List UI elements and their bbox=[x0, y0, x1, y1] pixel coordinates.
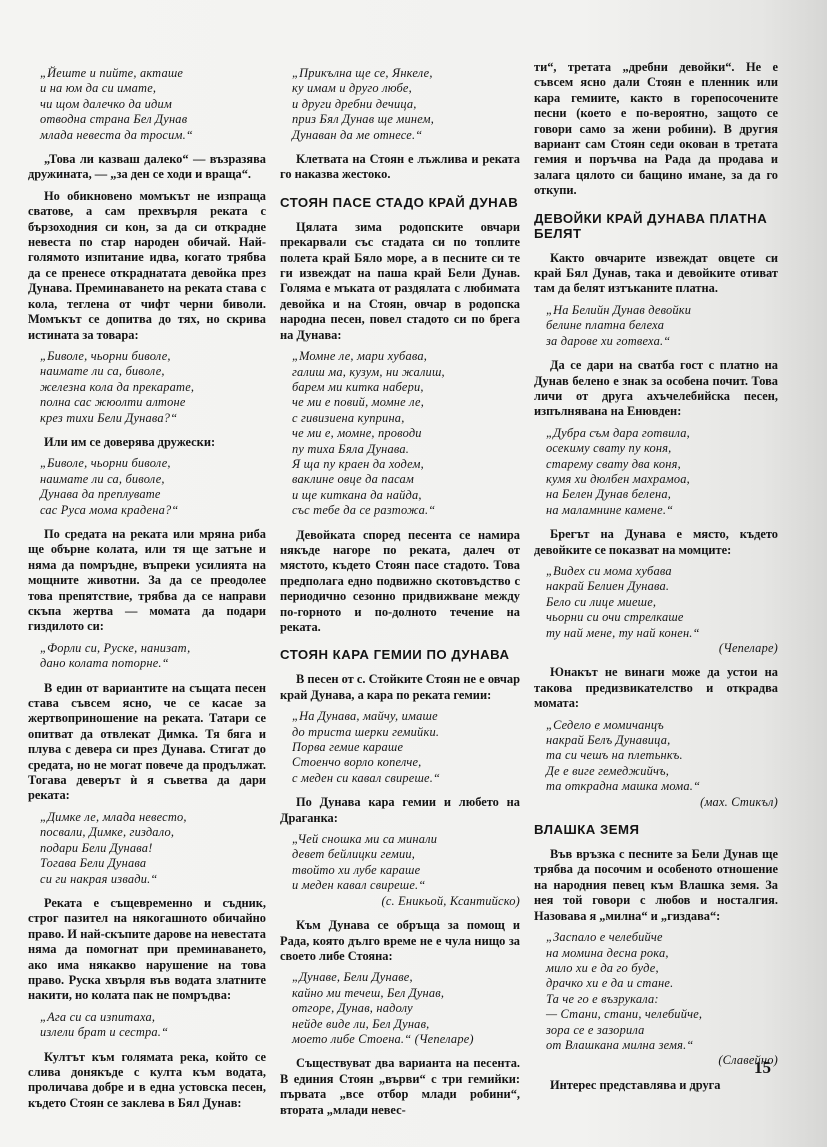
paragraph: В песен от с. Стойките Стоян не е овчар … bbox=[280, 672, 520, 703]
verse-line: на маламнине камене.“ bbox=[546, 503, 778, 518]
song-verse: „Форли си, Руске, нанизат,дано колата по… bbox=[28, 641, 266, 672]
verse-line: на Белен Дунав белена, bbox=[546, 487, 778, 502]
verse-line: приз Бял Дунав ще минем, bbox=[292, 112, 520, 127]
verse-line: за дарове хи готвеха.“ bbox=[546, 334, 778, 349]
verse-line: „Димке ле, млада невесто, bbox=[40, 810, 266, 825]
paragraph: Юнакът не винаги може да устои на такова… bbox=[534, 665, 778, 711]
verse-line: крез тихи Бели Дунава?“ bbox=[40, 411, 266, 426]
verse-line: „Видех си мома хубава bbox=[546, 564, 778, 579]
song-verse: „Видех си мома хубаванакрай Белиен Дунав… bbox=[534, 564, 778, 656]
text-column-1: „Йеште и пийте, акташеи на юм да си имат… bbox=[28, 60, 266, 1117]
paragraph: Съществуват два варианта на песента. В е… bbox=[280, 1056, 520, 1118]
verse-line: наимате ли са, биволе, bbox=[40, 364, 266, 379]
verse-line: „Момне ле, мари хубава, bbox=[292, 349, 520, 364]
song-verse: „Дунаве, Бели Дунаве,кайно ми течеш, Бел… bbox=[280, 970, 520, 1047]
verse-line: „Заспало е челебийче bbox=[546, 930, 778, 945]
paragraph: Да се дари на сватба гост с платно на Ду… bbox=[534, 358, 778, 420]
verse-line: „Йеште и пийте, акташе bbox=[40, 66, 266, 81]
verse-line: сас Руса мома крадена?“ bbox=[40, 503, 266, 518]
verse-line: Дунаван да ме отнесе.“ bbox=[292, 128, 520, 143]
verse-line: „Биволе, чьорни биволе, bbox=[40, 349, 266, 364]
verse-line: накрай Белъ Дунавица, bbox=[546, 733, 778, 748]
song-verse: „Дубра съм дара готвила,осекиму свату пу… bbox=[534, 426, 778, 518]
verse-line: твойто хи лубе караше bbox=[292, 863, 520, 878]
paragraph: Реката е същевременно и съдник, строг па… bbox=[28, 896, 266, 1004]
verse-line: Тогава Бели Дунава bbox=[40, 856, 266, 871]
verse-source: (Славейно) bbox=[546, 1053, 778, 1068]
verse-line: Бело си лице миеше, bbox=[546, 595, 778, 610]
verse-line: със тебе да се разтожа.“ bbox=[292, 503, 520, 518]
paragraph: Култът към голямата река, който се слива… bbox=[28, 1050, 266, 1112]
verse-line: зора се е зазорила bbox=[546, 1023, 778, 1038]
verse-source: (мах. Стикъл) bbox=[546, 795, 778, 810]
verse-line: че ми е повий, момне ле, bbox=[292, 395, 520, 410]
verse-line: с гивизиена куприна, bbox=[292, 411, 520, 426]
section-heading: СТОЯН ПАСЕ СТАДО КРАЙ ДУНАВ bbox=[280, 195, 520, 210]
verse-line: млада невеста да тросим.“ bbox=[40, 128, 266, 143]
verse-line: драчко хи е да и стане. bbox=[546, 976, 778, 991]
verse-line: „На Белийн Дунав девойки bbox=[546, 303, 778, 318]
paragraph: Брегът на Дунава е място, където девойки… bbox=[534, 527, 778, 558]
verse-line: „Седело е момичанцъ bbox=[546, 718, 778, 733]
verse-line: накрай Белиен Дунава. bbox=[546, 579, 778, 594]
song-verse: „Йеште и пийте, акташеи на юм да си имат… bbox=[28, 66, 266, 143]
verse-line: до триста шерки гемийки. bbox=[292, 725, 520, 740]
magazine-page: „Йеште и пийте, акташеи на юм да си имат… bbox=[0, 0, 827, 1147]
song-verse: „Седело е момичанцънакрай Белъ Дунавица,… bbox=[534, 718, 778, 810]
verse-line: посвали, Димке, гиздало, bbox=[40, 825, 266, 840]
verse-line: белине платна белеха bbox=[546, 318, 778, 333]
verse-source: (Чепеларе) bbox=[546, 641, 778, 656]
verse-line: галиш ма, кузум, ни жалиш, bbox=[292, 365, 520, 380]
verse-line: от Влашкана милна земя.“ bbox=[546, 1038, 778, 1053]
verse-line: подари Бели Дунава! bbox=[40, 841, 266, 856]
text-column-3: ти“, третата „дребни девойки“. Не е съвс… bbox=[534, 60, 778, 1099]
paragraph: Или им се доверява дружески: bbox=[28, 435, 266, 450]
song-verse: „Прикълна ще се, Янкеле,ку имам и друго … bbox=[280, 66, 520, 143]
song-verse: „Биволе, чьорни биволе,наимате ли са, би… bbox=[28, 456, 266, 518]
paragraph: Към Дунава се обръща за помощ и Рада, ко… bbox=[280, 918, 520, 964]
verse-line: си ги накрая извади.“ bbox=[40, 872, 266, 887]
verse-source: (с. Еникьой, Ксантийско) bbox=[292, 894, 520, 909]
page-number: 15 bbox=[754, 1058, 771, 1078]
verse-line: кумя хи дюлбен махрамоа, bbox=[546, 472, 778, 487]
verse-line: ту най мене, ту най конен.“ bbox=[546, 626, 778, 641]
verse-line: Та че го е възрукала: bbox=[546, 992, 778, 1007]
verse-line: „Биволе, чьорни биволе, bbox=[40, 456, 266, 471]
verse-line: чи щом далечко да идим bbox=[40, 97, 266, 112]
section-heading: ВЛАШКА ЗЕМЯ bbox=[534, 822, 778, 837]
verse-line: „На Дунава, майчу, имаше bbox=[292, 709, 520, 724]
song-verse: „Момне ле, мари хубава,галиш ма, кузум, … bbox=[280, 349, 520, 518]
verse-line: на момина десна рока, bbox=[546, 946, 778, 961]
paragraph: Цялата зима родопските овчари прекарвали… bbox=[280, 220, 520, 343]
paragraph: По Дунава кара гемии и любето на Драганк… bbox=[280, 795, 520, 826]
song-verse: „Заспало е челебийчена момина десна рока… bbox=[534, 930, 778, 1069]
verse-line: полна сас жюолти алтоне bbox=[40, 395, 266, 410]
song-verse: „На Дунава, майчу, имашедо триста шерки … bbox=[280, 709, 520, 786]
verse-line: старему свату два коня, bbox=[546, 457, 778, 472]
verse-line: дано колата поторне.“ bbox=[40, 656, 266, 671]
verse-line: барем ми китка набери, bbox=[292, 380, 520, 395]
paragraph: ти“, третата „дребни девойки“. Не е съвс… bbox=[534, 60, 778, 199]
verse-line: и на юм да си имате, bbox=[40, 81, 266, 96]
verse-line: отводна страна Бел Дунав bbox=[40, 112, 266, 127]
verse-line: Стоенчо ворло копелче, bbox=[292, 755, 520, 770]
verse-line: наимате ли са, биволе, bbox=[40, 472, 266, 487]
verse-line: „Ага си са изпитаха, bbox=[40, 1010, 266, 1025]
verse-line: и ще киткана да найда, bbox=[292, 488, 520, 503]
text-column-2: „Прикълна ще се, Янкеле,ку имам и друго … bbox=[280, 60, 520, 1124]
section-heading: ДЕВОЙКИ КРАЙ ДУНАВА ПЛАТНА БЕЛЯТ bbox=[534, 211, 778, 241]
song-verse: „Биволе, чьорни биволе,наимате ли са, би… bbox=[28, 349, 266, 426]
verse-line: та си чешъ на плетьнкъ. bbox=[546, 748, 778, 763]
paragraph: Но обикновено момъкът не изпраща сватове… bbox=[28, 189, 266, 343]
verse-line: кайно ми течеш, Бел Дунав, bbox=[292, 986, 520, 1001]
verse-line: чьорни си очи стрелкаше bbox=[546, 610, 778, 625]
verse-line: отгоре, Дунав, надолу bbox=[292, 1001, 520, 1016]
paragraph: „Това ли казваш далеко“ — възразява друж… bbox=[28, 152, 266, 183]
verse-line: та открадна машка мома.“ bbox=[546, 779, 778, 794]
verse-line: ваклине овце да пасам bbox=[292, 472, 520, 487]
verse-line: „Чей сношка ми са минали bbox=[292, 832, 520, 847]
verse-line: моето либе Стоена.“ (Чепеларе) bbox=[292, 1032, 520, 1047]
paragraph: Както овчарите извеждат овцете си край Б… bbox=[534, 251, 778, 297]
section-heading: СТОЯН КАРА ГЕМИИ ПО ДУНАВА bbox=[280, 647, 520, 662]
verse-line: девет бейлицки гемии, bbox=[292, 847, 520, 862]
verse-line: Дунава да преплувате bbox=[40, 487, 266, 502]
song-verse: „Чей сношка ми са миналидевет бейлицки г… bbox=[280, 832, 520, 909]
paragraph: Клетвата на Стоян е лъжлива и реката го … bbox=[280, 152, 520, 183]
paragraph: Девойката според песента се намира някъд… bbox=[280, 528, 520, 636]
verse-line: че ми е, момне, проводи bbox=[292, 426, 520, 441]
paragraph: Във връзка с песните за Бели Дунав ще тр… bbox=[534, 847, 778, 924]
verse-line: „Дубра съм дара готвила, bbox=[546, 426, 778, 441]
verse-line: Порва гемие караше bbox=[292, 740, 520, 755]
verse-line: „Дунаве, Бели Дунаве, bbox=[292, 970, 520, 985]
verse-line: „Форли си, Руске, нанизат, bbox=[40, 641, 266, 656]
verse-line: пу тиха Бяла Дунава. bbox=[292, 442, 520, 457]
verse-line: ку имам и друго любе, bbox=[292, 81, 520, 96]
verse-line: и меден кавал свиреше.“ bbox=[292, 878, 520, 893]
verse-line: и други дребни дечица, bbox=[292, 97, 520, 112]
song-verse: „Димке ле, млада невесто,посвали, Димке,… bbox=[28, 810, 266, 887]
song-verse: „Ага си са изпитаха,излели брат и сестра… bbox=[28, 1010, 266, 1041]
verse-line: „Прикълна ще се, Янкеле, bbox=[292, 66, 520, 81]
verse-line: Я ща пу краен да ходем, bbox=[292, 457, 520, 472]
verse-line: мило хи е да го буде, bbox=[546, 961, 778, 976]
paragraph: По средата на реката или мряна риба ще о… bbox=[28, 527, 266, 635]
verse-line: осекиму свату пу коня, bbox=[546, 441, 778, 456]
paragraph: Интерес представлява и друга bbox=[534, 1078, 778, 1093]
verse-line: нейде виде ли, Бел Дунав, bbox=[292, 1017, 520, 1032]
verse-line: Де е виге гемеджийчъ, bbox=[546, 764, 778, 779]
verse-line: — Стани, стани, челебийче, bbox=[546, 1007, 778, 1022]
verse-line: с меден си кавал свиреше.“ bbox=[292, 771, 520, 786]
song-verse: „На Белийн Дунав девойкибелине платна бе… bbox=[534, 303, 778, 349]
paragraph: В един от вариантите на същата песен ста… bbox=[28, 681, 266, 804]
verse-line: железна кола да прекарате, bbox=[40, 380, 266, 395]
verse-line: излели брат и сестра.“ bbox=[40, 1025, 266, 1040]
